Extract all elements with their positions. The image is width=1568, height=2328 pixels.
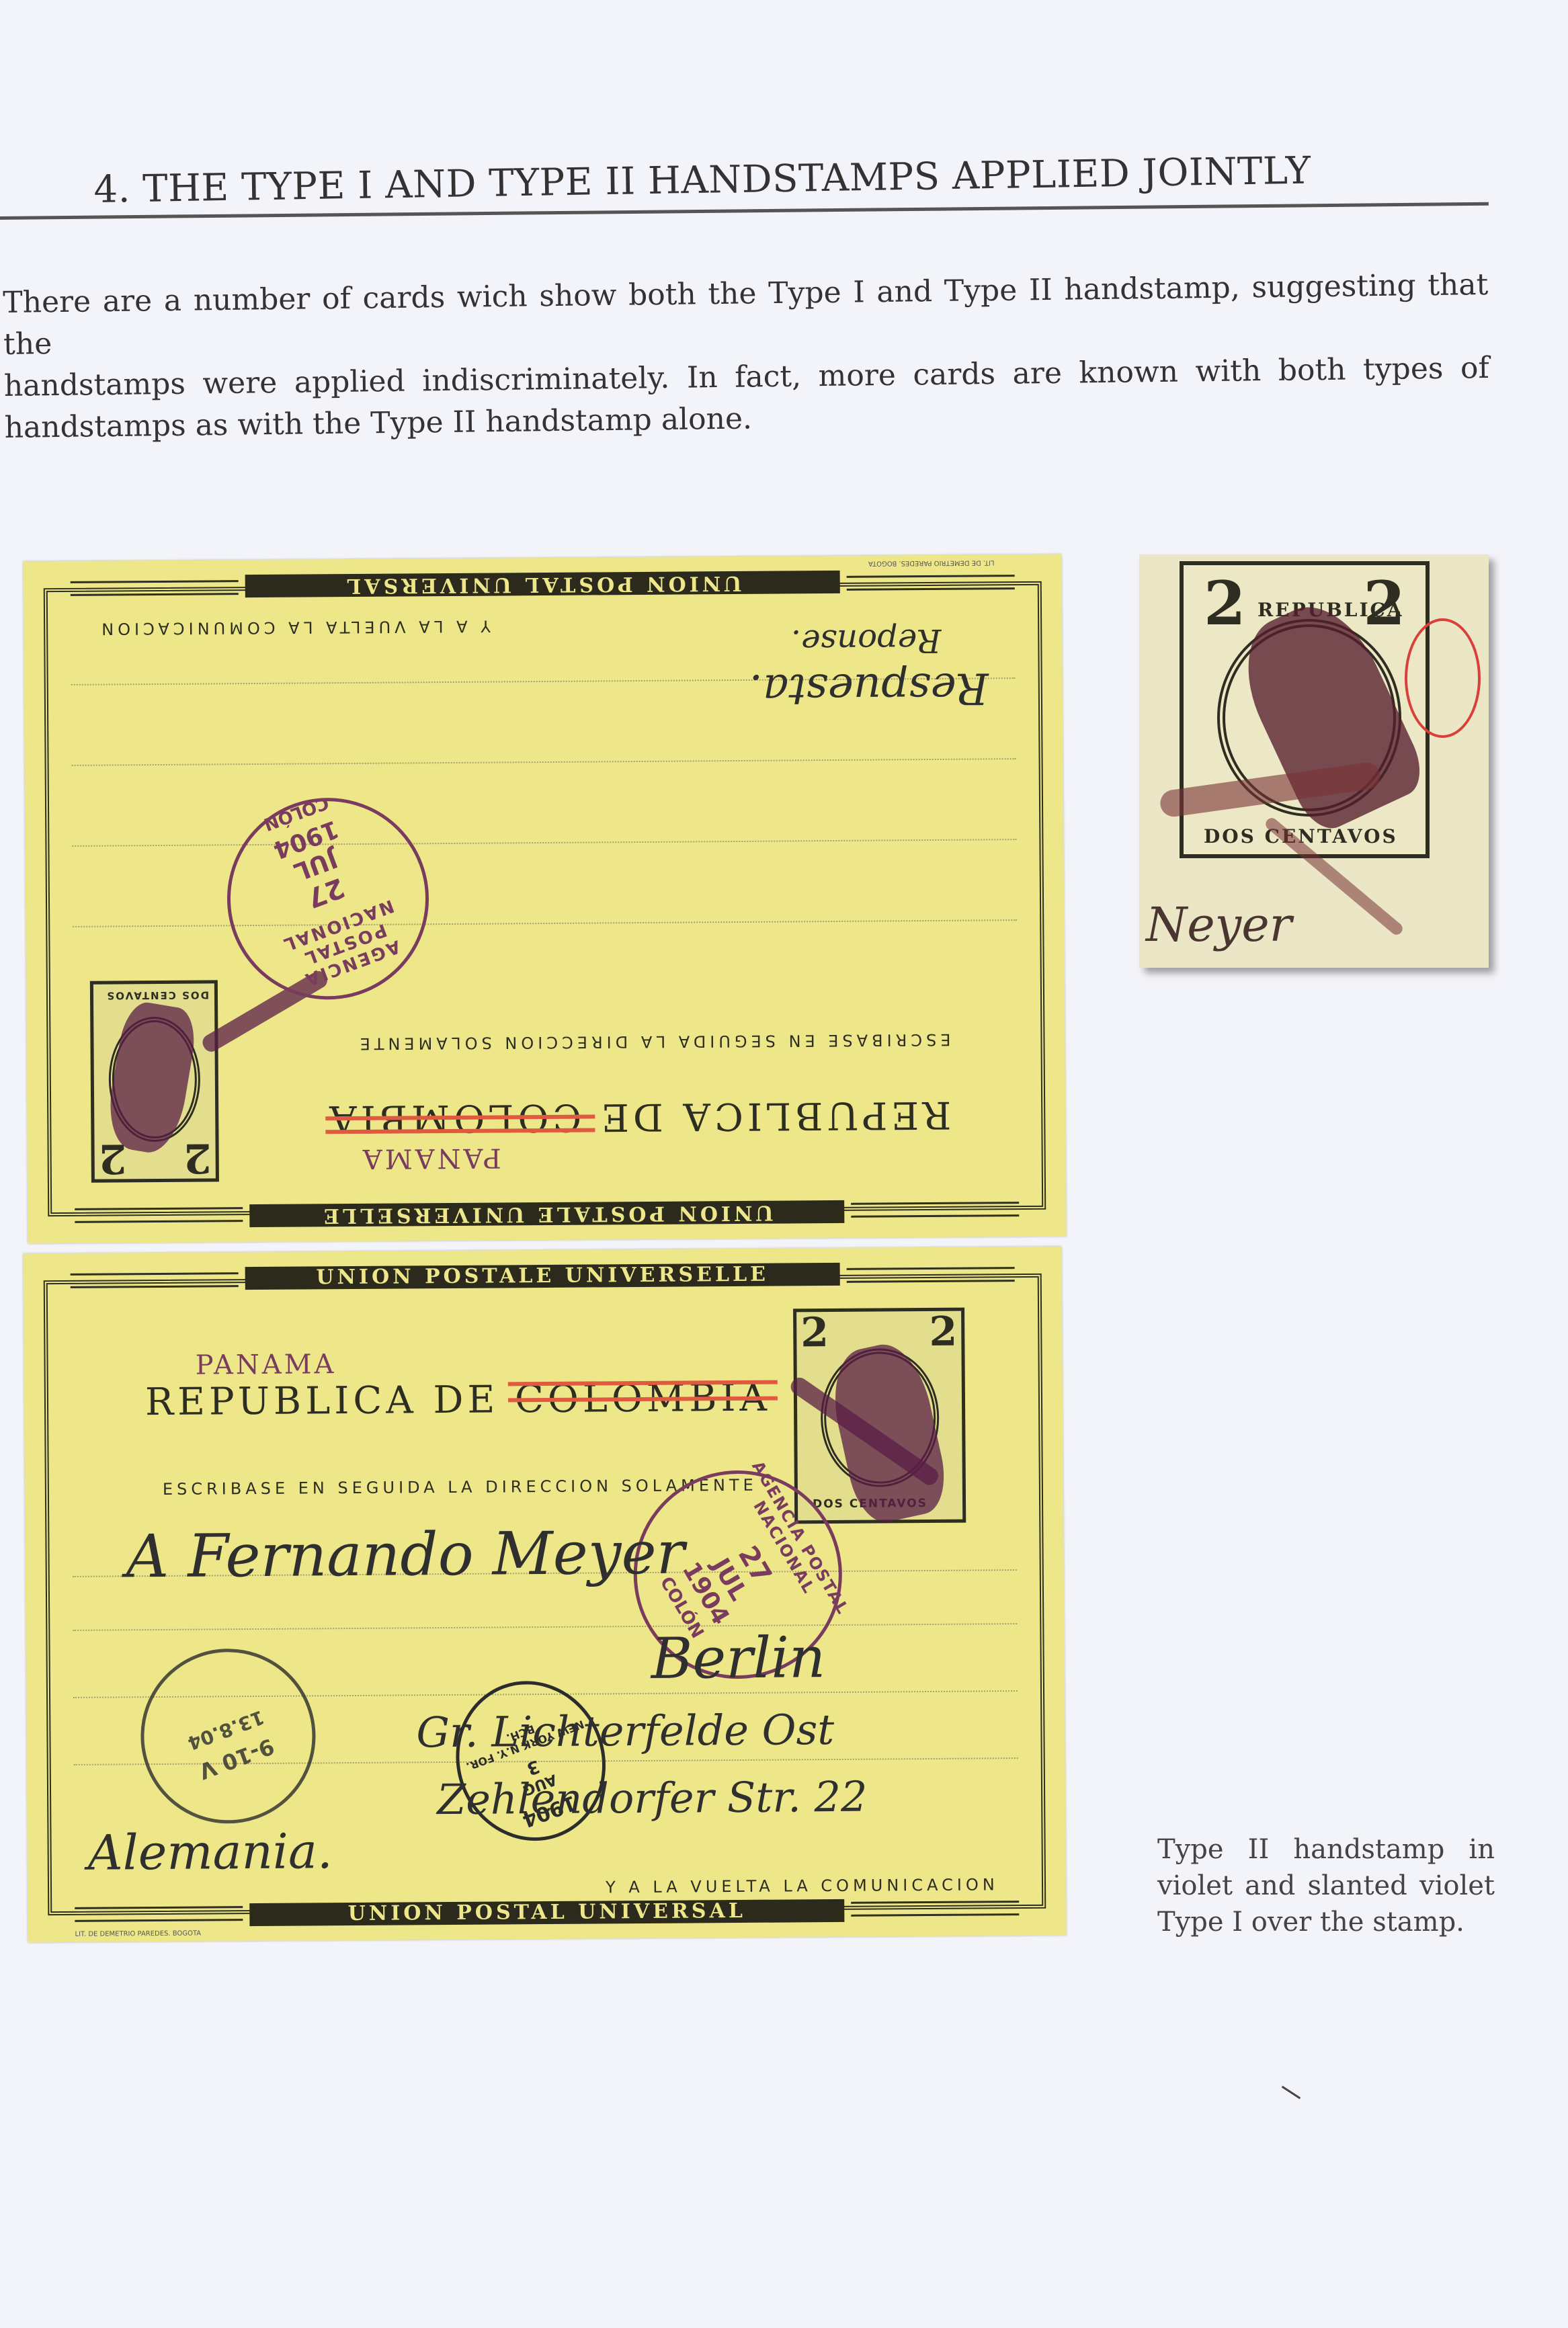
upu-line: Y A LA VUELTA LA COMUNICACION [97, 617, 491, 638]
band-ornament [847, 575, 1015, 591]
title-colombia-struck: COLOMBIA [325, 1095, 581, 1141]
printer-imprint: LIT. DE DEMETRIO PAREDES. BOGOTA [868, 558, 995, 567]
stamp-value: 2 [183, 1134, 212, 1181]
detail-caption: Type II handstamp in violet and slanted … [1157, 1831, 1495, 1940]
reply-script-fr: Reponse. [791, 622, 942, 661]
address-city: Berlin [651, 1624, 825, 1692]
caption-line: Type II handstamp in [1157, 1831, 1495, 1868]
intro-paragraph: There are a number of cards wich show bo… [3, 264, 1490, 449]
address-addressee: A Fernando Meyer [126, 1518, 685, 1591]
reply-script-es: Respuesta. [749, 663, 989, 714]
panama-overprint: PANAMA [360, 1142, 501, 1173]
stamp-value: 2 [800, 1309, 829, 1356]
stamp-detail-enlargement: 2 2 REPUBLICA DOS CENTAVOS Neyer [1139, 554, 1489, 968]
stamp-value: 2 [929, 1308, 957, 1356]
highlight-circle [1405, 618, 1481, 738]
reply-card-upside-down: UNION POSTALE UNIVERSELLE UNION POSTAL U… [23, 554, 1066, 1244]
imprinted-stamp: 2 2 DOS CENTAVOS [90, 980, 219, 1182]
title-republica: REPUBLICA DE [145, 1378, 515, 1424]
band-ornament [851, 1202, 1019, 1218]
pencil-mark [1282, 2086, 1301, 2100]
band-upu-bottom: UNION POSTAL UNIVERSAL [249, 1899, 844, 1926]
caption-line: Type I over the stamp. [1157, 1904, 1495, 1940]
panama-overprint: PANAMA [195, 1349, 336, 1380]
address-street: Zehlendorfer Str. 22 [437, 1772, 868, 1824]
title-colombia-struck: COLOMBIA [515, 1376, 771, 1422]
band-ornament [847, 1267, 1015, 1283]
printer-imprint: LIT. DE DEMETRIO PAREDES. BOGOTA [75, 1930, 201, 1938]
address-country: Alemania. [87, 1823, 333, 1881]
band-ornament [75, 1207, 243, 1223]
band-upu-bottom: UNION POSTAL UNIVERSAL [245, 571, 840, 597]
stamp-text: DOS CENTAVOS [106, 989, 209, 1001]
band-upu-top: UNION POSTALE UNIVERSELLE [249, 1200, 844, 1227]
band-ornament [71, 580, 239, 596]
band-ornament [71, 1272, 239, 1288]
handwriting-fragment: Neyer [1146, 897, 1292, 952]
caption-line: violet and slanted violet [1157, 1868, 1495, 1904]
band-ornament [75, 1906, 243, 1922]
band-ornament [851, 1901, 1019, 1917]
message-card: UNION POSTALE UNIVERSELLE UNION POSTAL U… [23, 1247, 1066, 1943]
upu-line: Y A LA VUELTA LA COMUNICACION [606, 1875, 999, 1897]
band-upu-top: UNION POSTALE UNIVERSELLE [245, 1263, 840, 1290]
page-heading: 4. THE TYPE I AND TYPE II HANDSTAMPS APP… [93, 149, 1311, 212]
imprinted-stamp: 2 2 DOS CENTAVOS [793, 1308, 966, 1524]
type-i-handstamp [102, 999, 200, 1157]
title-republica: REPUBLICA DE [581, 1093, 952, 1139]
card-title: REPUBLICA DE COLOMBIA [325, 1093, 951, 1140]
detail-stamp: 2 2 REPUBLICA DOS CENTAVOS [1180, 561, 1430, 858]
stamp-value: 2 [1204, 568, 1246, 639]
address-district: Gr. Lichterfelde Ost [416, 1705, 834, 1757]
card-title: REPUBLICA DE COLOMBIA [145, 1376, 771, 1424]
